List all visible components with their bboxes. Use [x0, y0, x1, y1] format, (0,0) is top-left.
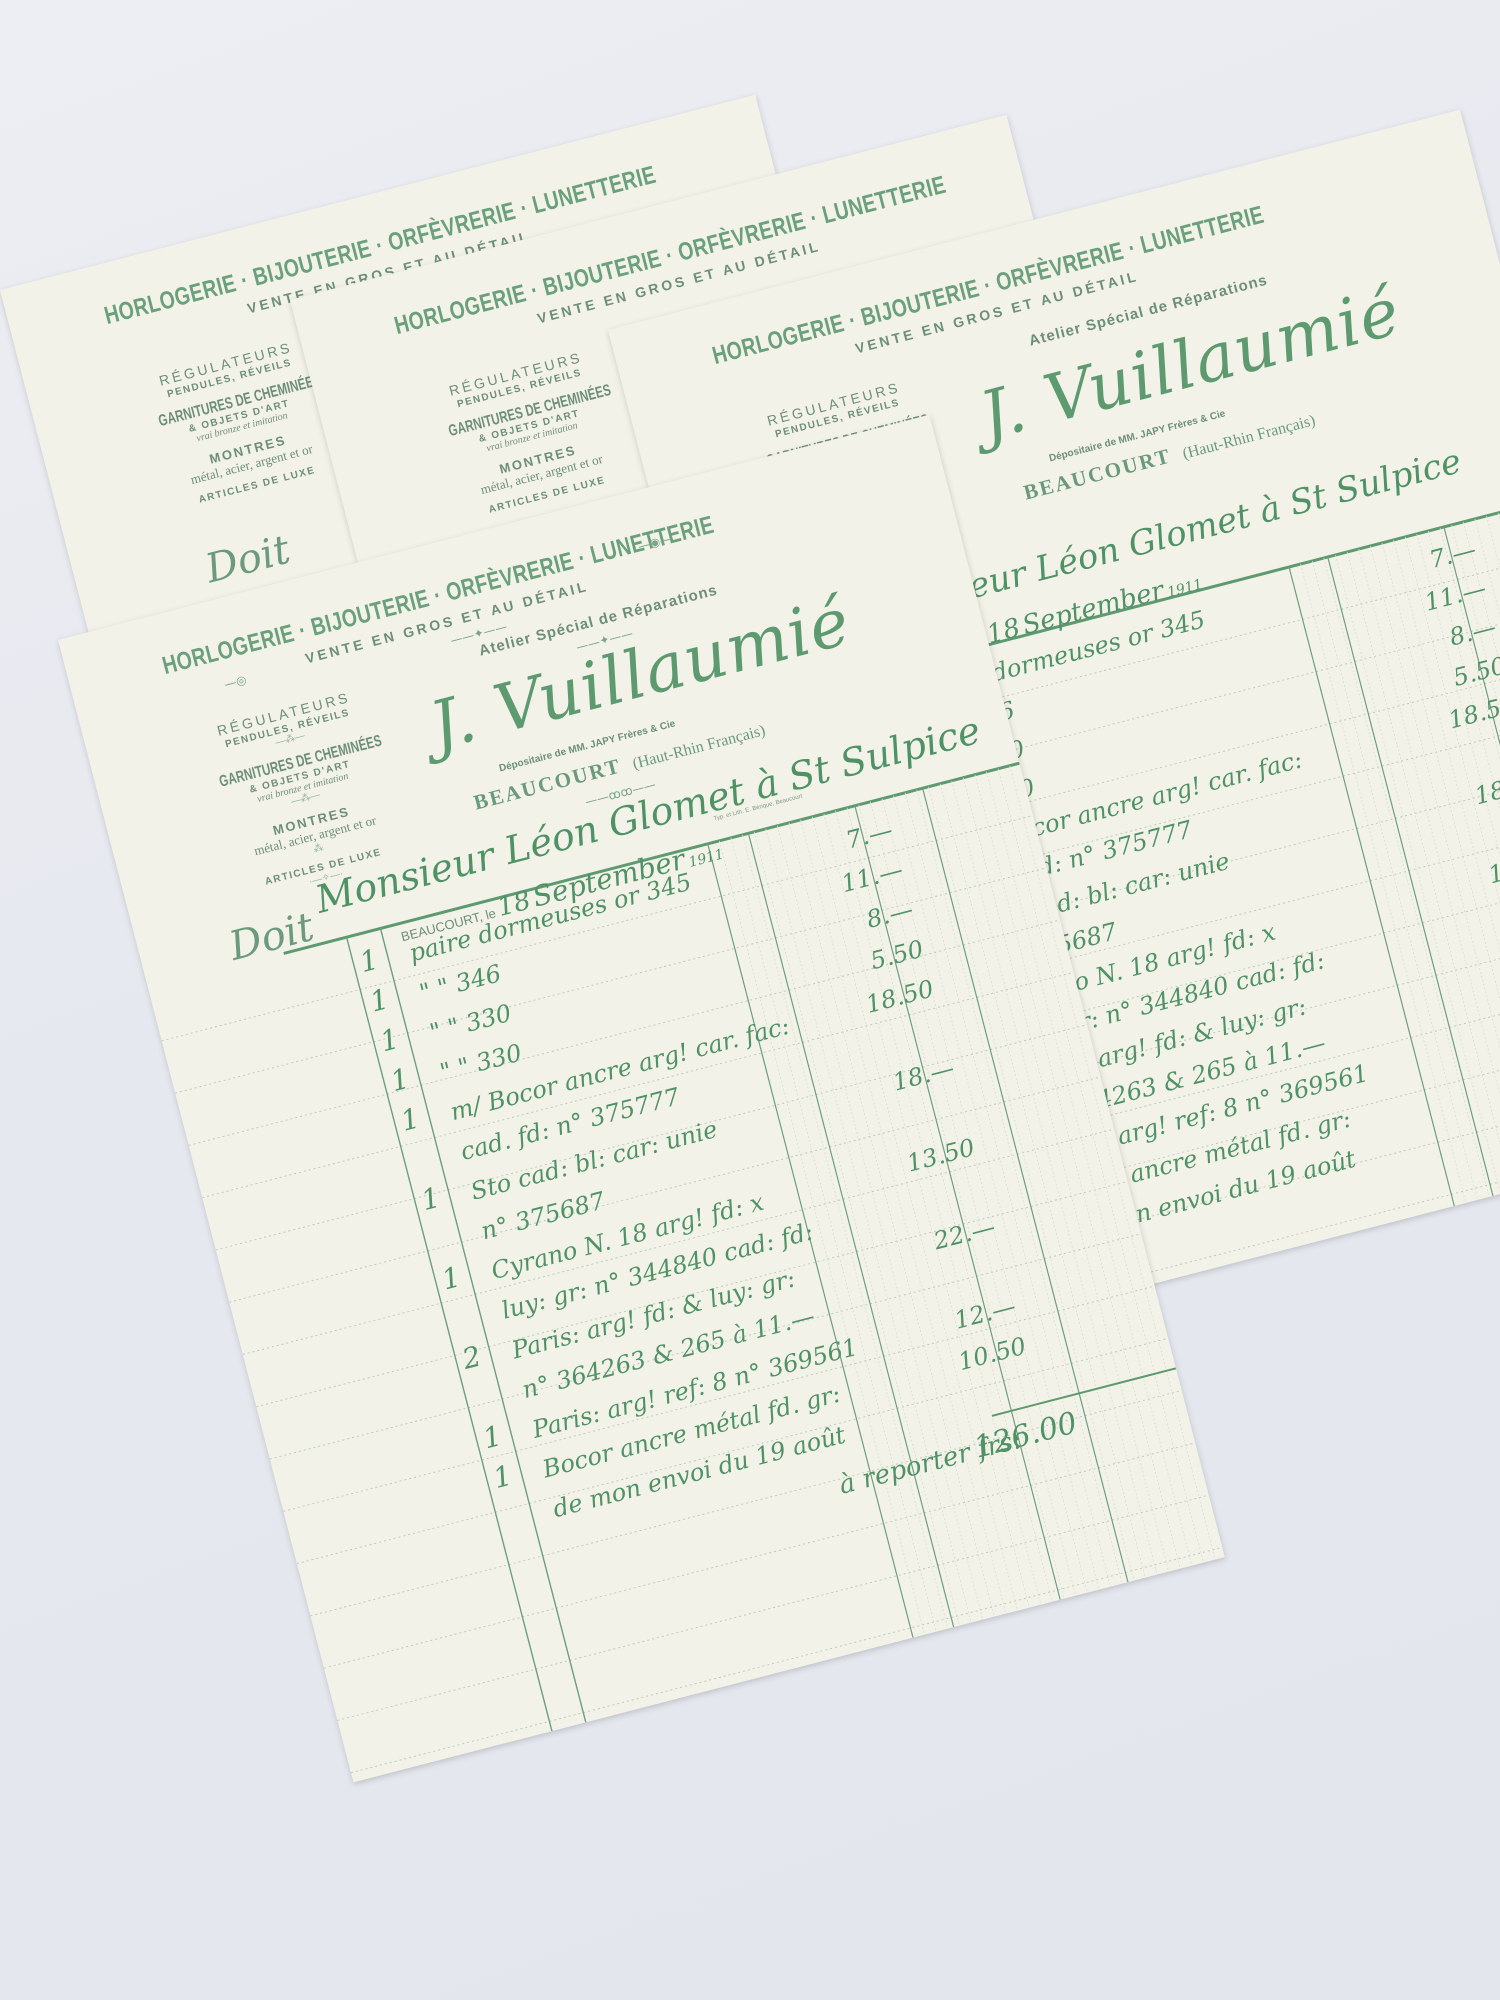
line-description: " " 346 [417, 959, 505, 1007]
date-year: 1911 [1166, 577, 1205, 601]
line-quantity: 1 [367, 982, 393, 1018]
line-amount: 22.— [875, 1213, 998, 1270]
recipient-place: à St Sulpice [750, 708, 985, 808]
line-description: " " 330 [427, 999, 515, 1047]
city-name: BEAUCOURT [1021, 443, 1174, 504]
line-quantity: 1 [356, 943, 382, 979]
line-quantity: 1 [439, 1260, 465, 1296]
line-quantity: 1 [377, 1022, 403, 1058]
line-quantity: 2 [459, 1340, 485, 1376]
ornament-icon: —◎ [223, 672, 248, 691]
line-amount: 13.50 [854, 1133, 977, 1190]
date-year: 1911 [687, 846, 726, 870]
line-amount: 13.50 [1436, 845, 1500, 902]
invoice-total: 126.00 [927, 1406, 1081, 1477]
line-amount: 22.— [1456, 922, 1500, 979]
line-amount: 12.— [1476, 1000, 1500, 1057]
line-quantity: 1 [490, 1459, 516, 1495]
line-quantity: 1 [418, 1181, 444, 1217]
line-quantity: 1 [397, 1101, 423, 1137]
doit-label: Doit [225, 904, 319, 970]
line-quantity: 1 [387, 1062, 413, 1098]
line-quantity: 1 [480, 1419, 506, 1455]
date-day: 18 [984, 613, 1024, 650]
line-amount: 18.— [834, 1054, 957, 1111]
line-amount: 18.— [1416, 768, 1500, 825]
line-description: " " 330 [437, 1039, 525, 1087]
